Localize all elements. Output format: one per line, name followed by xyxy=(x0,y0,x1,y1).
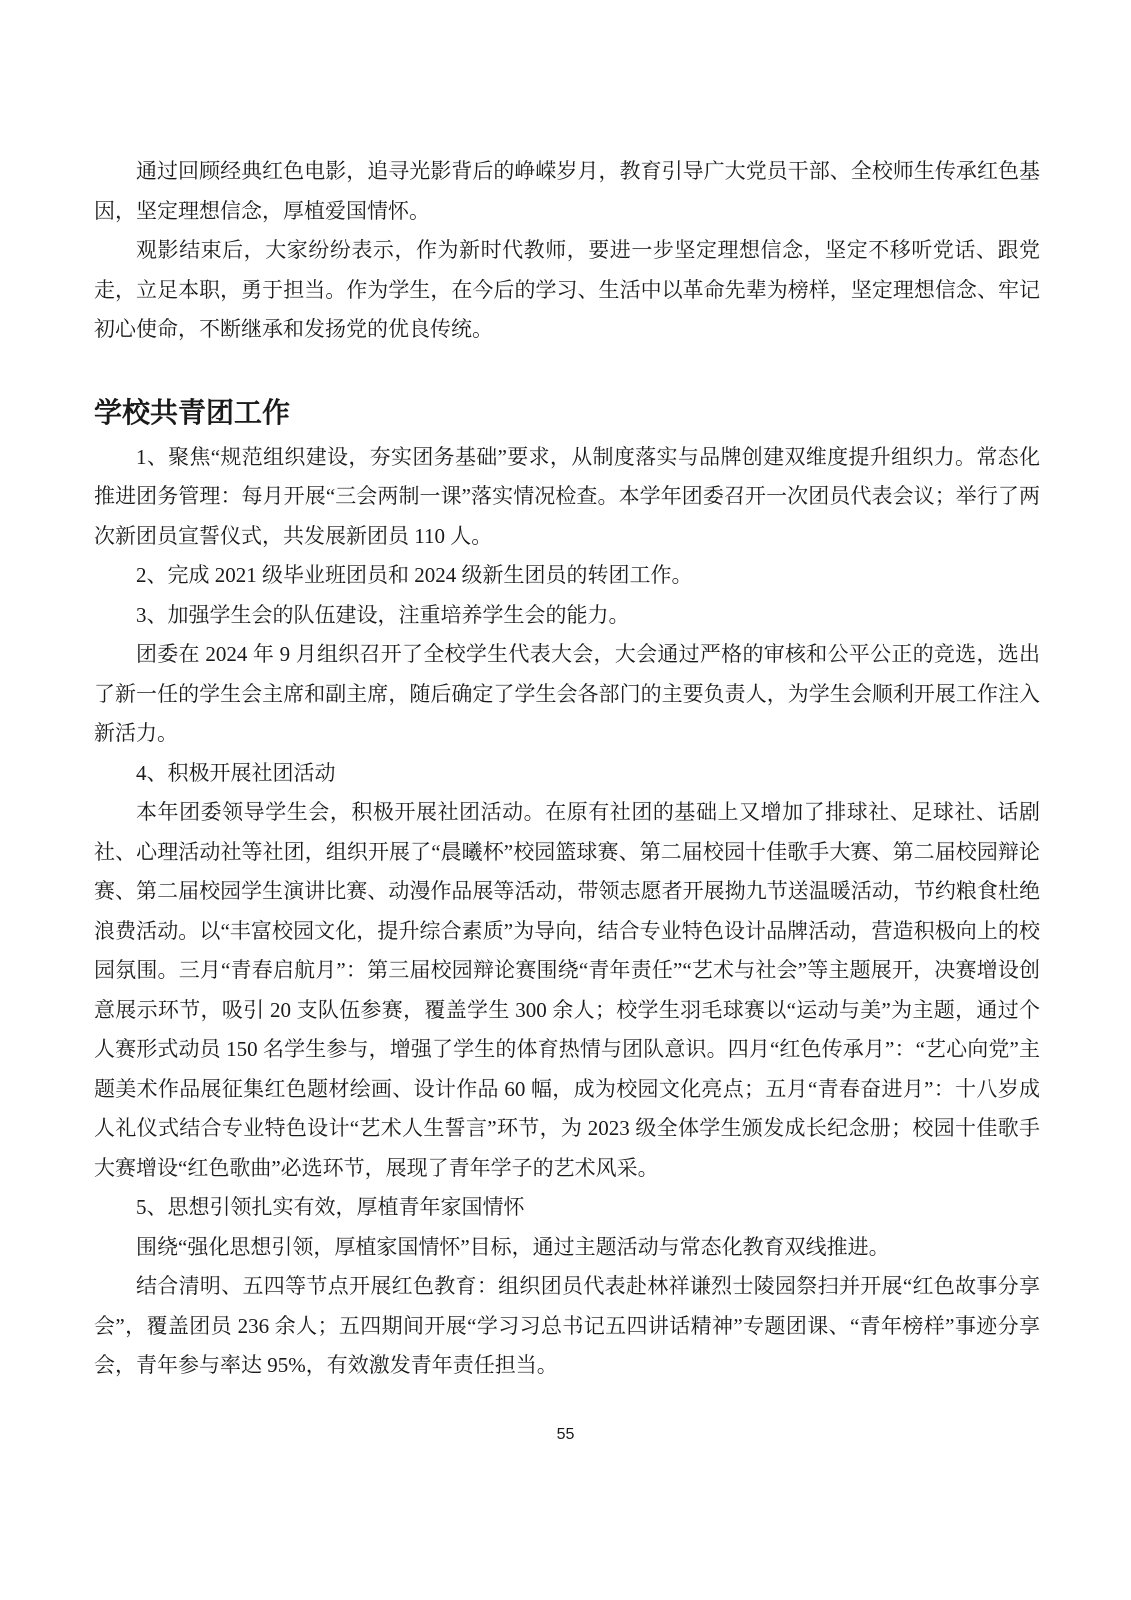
paragraph-numbered-item-2: 2、完成 2021 级毕业班团员和 2024 级新生团员的转团工作。 xyxy=(94,556,1040,596)
page-number: 55 xyxy=(0,1423,1131,1447)
paragraph-numbered-item-1: 1、聚焦“规范组织建设，夯实团务基础”要求，从制度落实与品牌创建双维度提升组织力… xyxy=(94,438,1040,557)
paragraph: 观影结束后，大家纷纷表示，作为新时代教师，要进一步坚定理想信念，坚定不移听党话、… xyxy=(94,231,1040,350)
paragraph: 通过回顾经典红色电影，追寻光影背后的峥嵘岁月，教育引导广大党员干部、全校师生传承… xyxy=(94,152,1040,231)
paragraph: 团委在 2024 年 9 月组织召开了全校学生代表大会，大会通过严格的审核和公平… xyxy=(94,635,1040,754)
section-heading: 学校共青团工作 xyxy=(94,392,1040,434)
paragraph: 围绕“强化思想引领，厚植家国情怀”目标，通过主题活动与常态化教育双线推进。 xyxy=(94,1228,1040,1268)
paragraph-numbered-item-3: 3、加强学生会的队伍建设，注重培养学生会的能力。 xyxy=(94,596,1040,636)
paragraph-numbered-item-5: 5、思想引领扎实有效，厚植青年家国情怀 xyxy=(94,1188,1040,1228)
paragraph: 结合清明、五四等节点开展红色教育：组织团员代表赴林祥谦烈士陵园祭扫并开展“红色故… xyxy=(94,1267,1040,1386)
document-page: 通过回顾经典红色电影，追寻光影背后的峥嵘岁月，教育引导广大党员干部、全校师生传承… xyxy=(0,0,1131,1600)
paragraph: 本年团委领导学生会，积极开展社团活动。在原有社团的基础上又增加了排球社、足球社、… xyxy=(94,793,1040,1188)
paragraph-numbered-item-4: 4、积极开展社团活动 xyxy=(94,754,1040,794)
